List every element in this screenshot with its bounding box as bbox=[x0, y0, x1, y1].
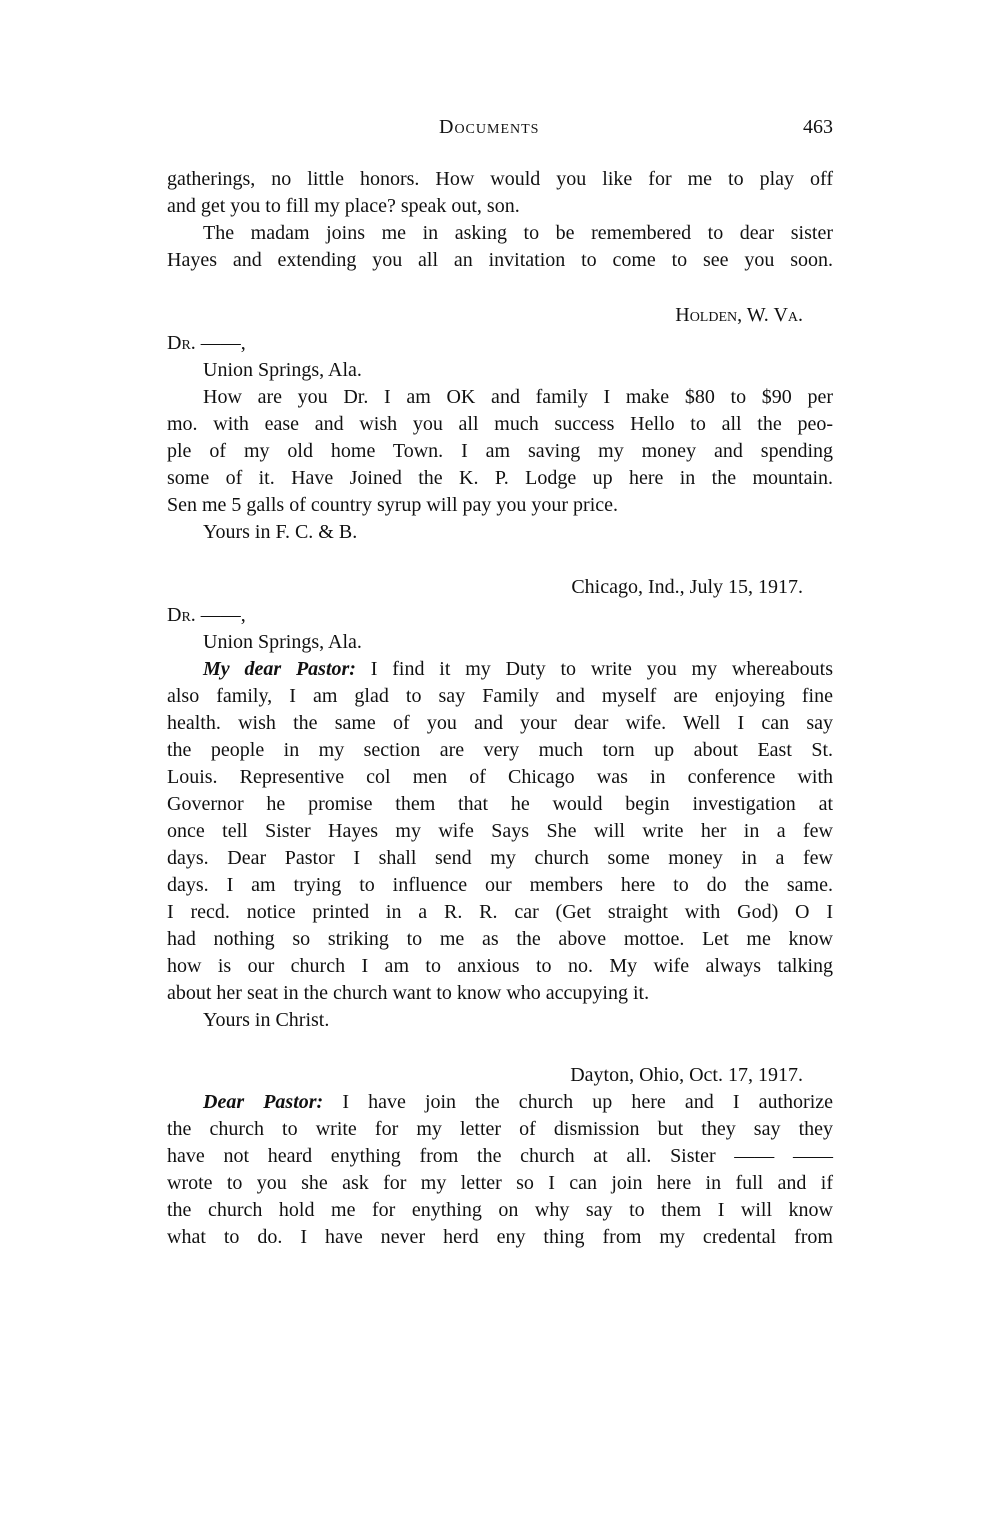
letter-place-date: Holden, W. Va. bbox=[167, 302, 833, 328]
text-line: and get you to fill my place? speak out,… bbox=[167, 193, 833, 219]
text-line: Dear Pastor: I have join the church up h… bbox=[167, 1089, 833, 1115]
text-line: the church hold me for enything on why s… bbox=[167, 1197, 833, 1223]
running-title: Documents bbox=[439, 116, 539, 139]
running-header: Documents 463 bbox=[167, 116, 833, 142]
text-line: Louis. Representive col men of Chicago w… bbox=[167, 764, 833, 790]
text-line: the people in my section are very much t… bbox=[167, 737, 833, 763]
letter-closing: Yours in F. C. & B. bbox=[167, 519, 833, 545]
text-line: My dear Pastor: I find it my Duty to wri… bbox=[167, 656, 833, 682]
text-line: Hayes and extending you all an invitatio… bbox=[167, 247, 833, 273]
page-number: 463 bbox=[803, 116, 833, 139]
salutation: Dear Pastor: bbox=[203, 1091, 323, 1113]
letter-address: Union Springs, Ala. bbox=[167, 629, 833, 655]
text-line: days. I am trying to influence our membe… bbox=[167, 872, 833, 898]
text-line: once tell Sister Hayes my wife Says She … bbox=[167, 818, 833, 844]
letter-place-date: Chicago, Ind., July 15, 1917. bbox=[167, 574, 833, 600]
text-line: The madam joins me in asking to be remem… bbox=[167, 220, 833, 246]
text-line: wrote to you she ask for my letter so I … bbox=[167, 1170, 833, 1196]
text-line: what to do. I have never herd eny thing … bbox=[167, 1224, 833, 1250]
text-line: some of it. Have Joined the K. P. Lodge … bbox=[167, 465, 833, 491]
text-line: about her seat in the church want to kno… bbox=[167, 980, 833, 1006]
text-line: how is our church I am to anxious to no.… bbox=[167, 953, 833, 979]
text-line: Governor he promise them that he would b… bbox=[167, 791, 833, 817]
letter-address: Union Springs, Ala. bbox=[167, 357, 833, 383]
letter-closing: Yours in Christ. bbox=[167, 1007, 833, 1033]
text-line: I recd. notice printed in a R. R. car (G… bbox=[167, 899, 833, 925]
text-line: also family, I am glad to say Family and… bbox=[167, 683, 833, 709]
text-span: I have join the church up here and I aut… bbox=[323, 1091, 833, 1113]
text-line: had nothing so striking to me as the abo… bbox=[167, 926, 833, 952]
text-line: health. wish the same of you and your de… bbox=[167, 710, 833, 736]
text-line: ple of my old home Town. I am saving my … bbox=[167, 438, 833, 464]
text-line: days. Dear Pastor I shall send my church… bbox=[167, 845, 833, 871]
text-span: I find it my Duty to write you my wherea… bbox=[356, 658, 833, 680]
letter-addressee: Dr. ——, bbox=[167, 602, 833, 628]
letter-addressee: Dr. ——, bbox=[167, 330, 833, 356]
salutation: My dear Pastor: bbox=[203, 658, 356, 680]
letter-place-date: Dayton, Ohio, Oct. 17, 1917. bbox=[167, 1062, 833, 1088]
text-line: have not heard enything from the church … bbox=[167, 1143, 833, 1169]
text-line: mo. with ease and wish you all much succ… bbox=[167, 411, 833, 437]
text-line: the church to write for my letter of dis… bbox=[167, 1116, 833, 1142]
text-line: How are you Dr. I am OK and family I mak… bbox=[167, 384, 833, 410]
text-line: Sen me 5 galls of country syrup will pay… bbox=[167, 492, 833, 518]
text-line: gatherings, no little honors. How would … bbox=[167, 166, 833, 192]
